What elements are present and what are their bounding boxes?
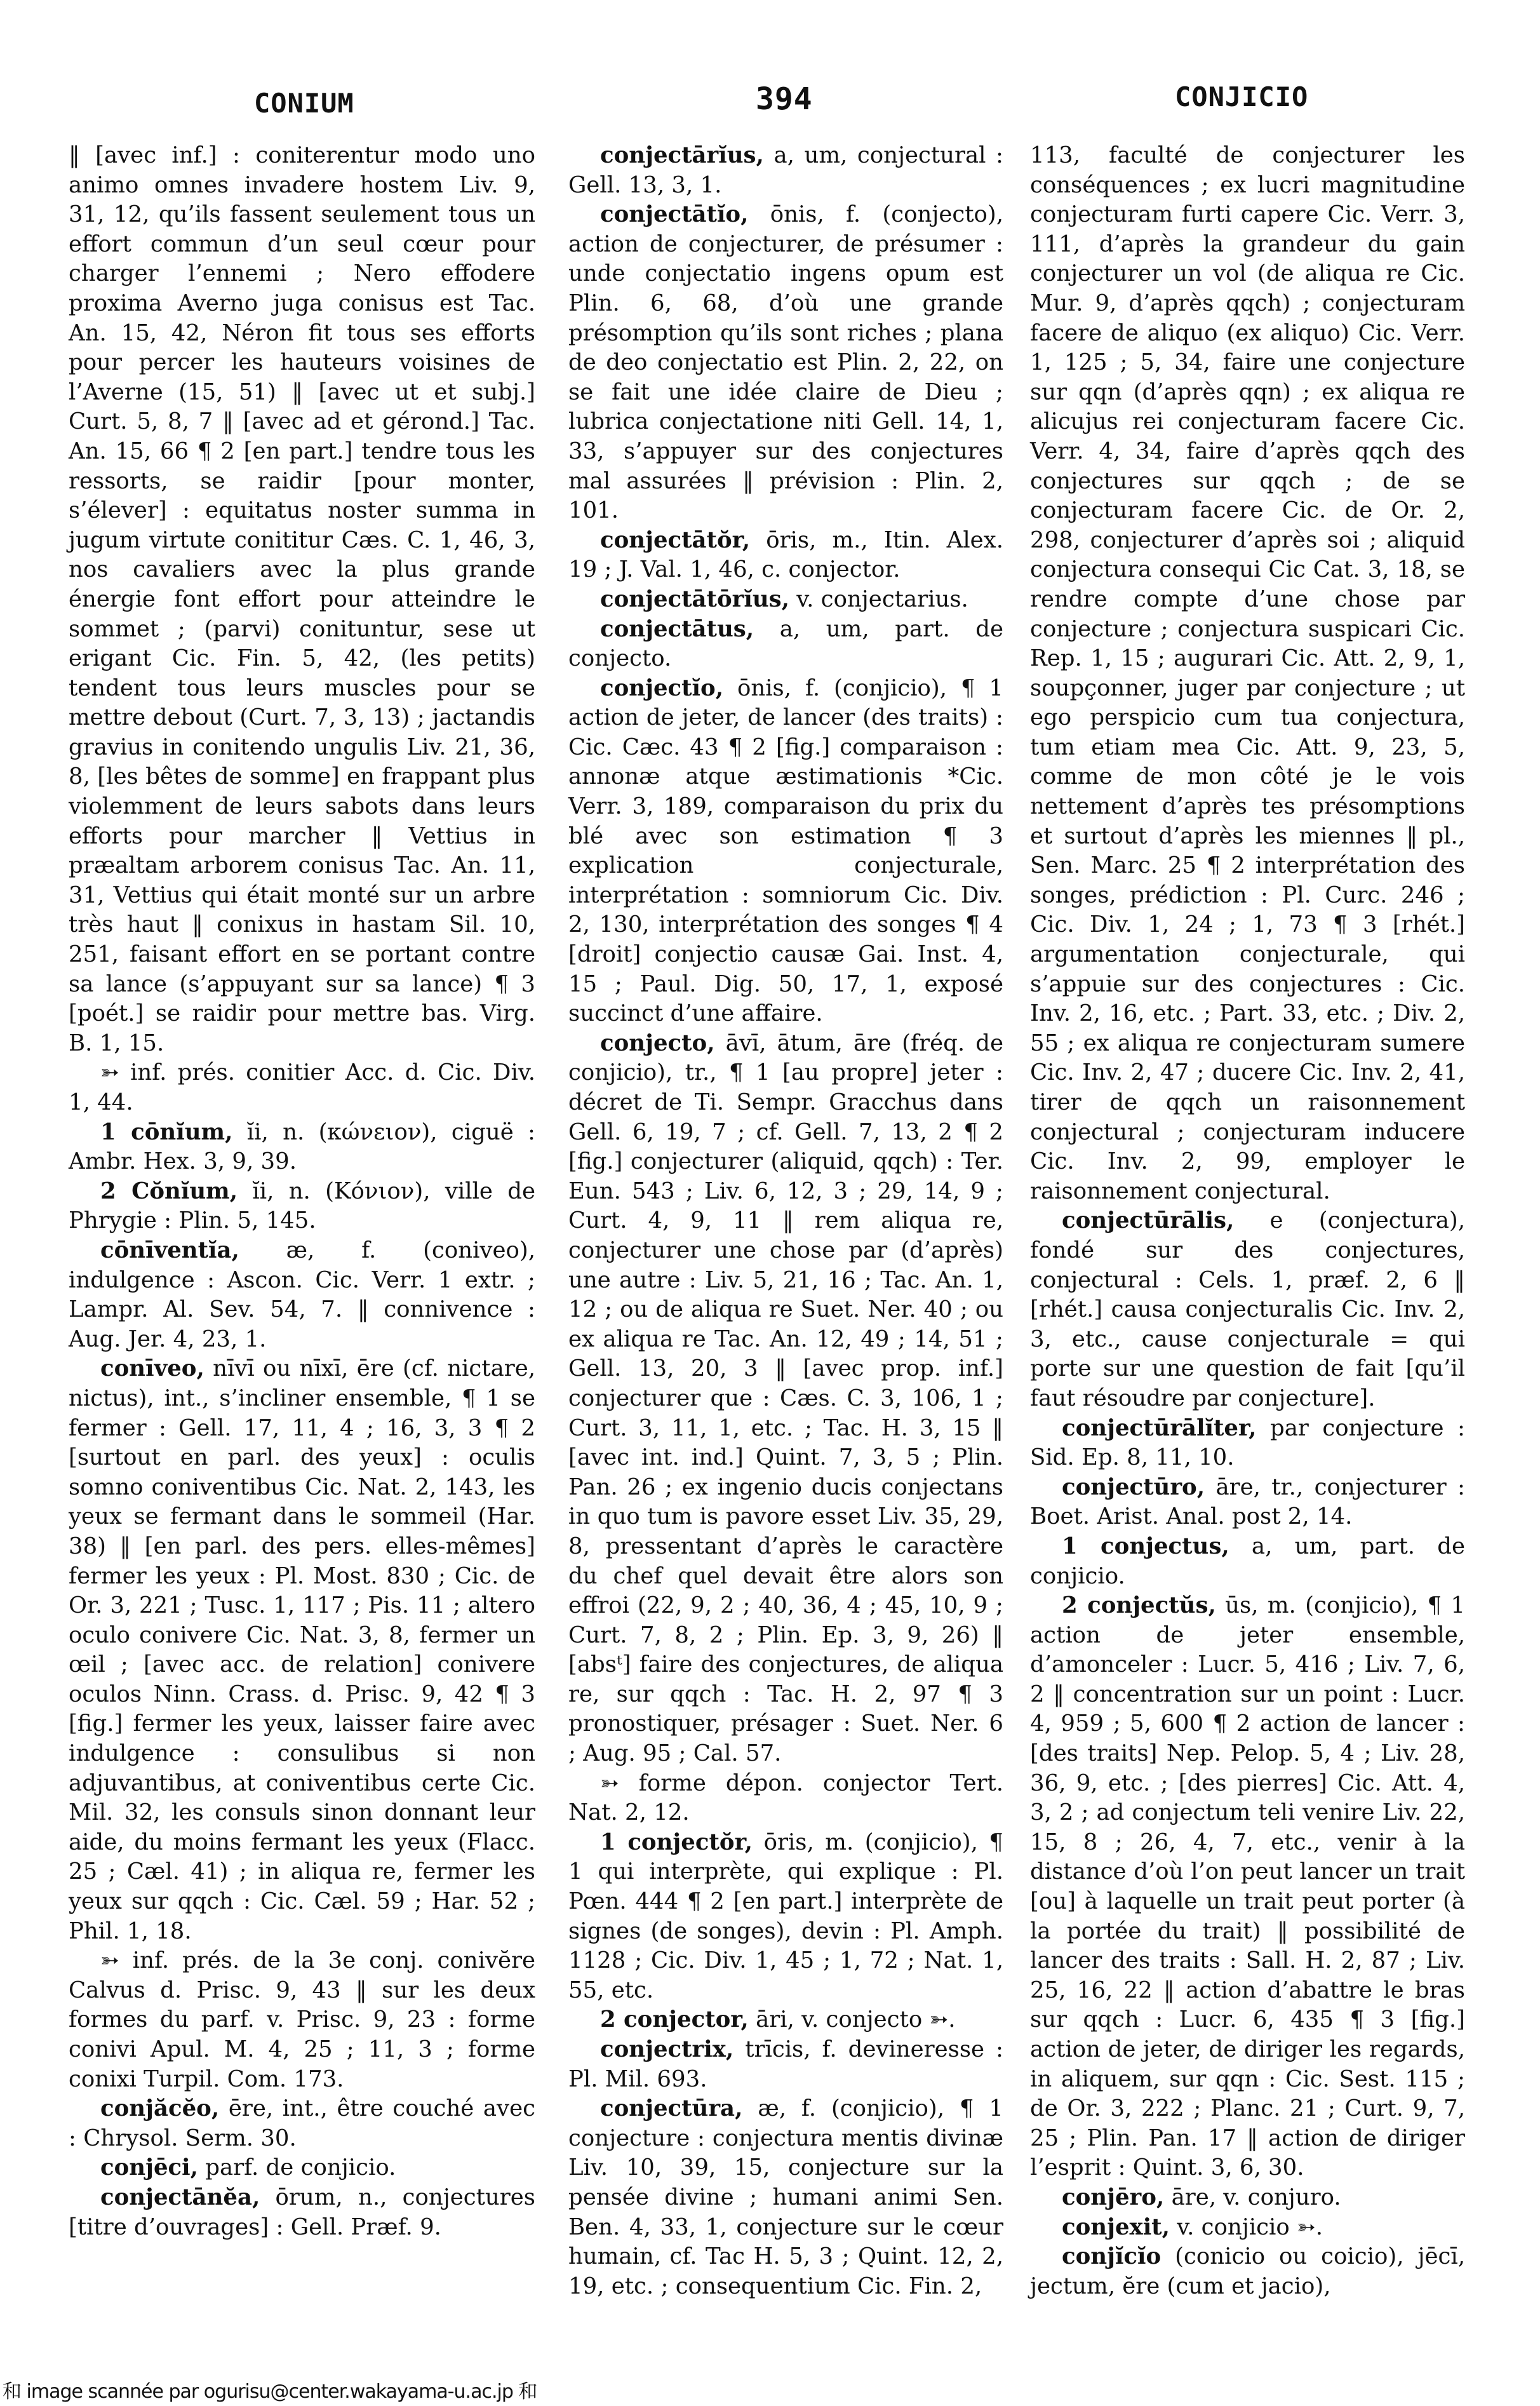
- dictionary-entry: conjectārĭus, a, um, conjectural : Gell.…: [568, 141, 1003, 200]
- headword: conjēci,: [100, 2154, 198, 2181]
- headword: conjēro,: [1062, 2184, 1164, 2210]
- headword: conjectrix,: [600, 2036, 733, 2062]
- entry-text: āre, v. conjuro.: [1164, 2184, 1341, 2210]
- usage-note: ➳ inf. prés. de la 3e conj. conivĕre Cal…: [69, 1946, 535, 2094]
- dictionary-entry: 2 conjectŭs, ūs, m. (conjicio), ¶ 1 acti…: [1030, 1591, 1465, 2183]
- headword: conjăcĕo,: [100, 2095, 219, 2121]
- headword: 1 conjectus,: [1062, 1533, 1229, 1559]
- dictionary-entry: conjectĭo, ōnis, f. (conjicio), ¶ 1 acti…: [568, 674, 1003, 1029]
- headword: conjectātĭo,: [600, 201, 748, 227]
- entry-text: ➳ inf. prés. de la 3e conj. conivĕre Cal…: [69, 1947, 535, 2092]
- headword: conjĭcĭo: [1062, 2243, 1161, 2269]
- headword: 2 conjector,: [600, 2006, 749, 2033]
- dictionary-entry: conjectūro, āre, tr., conjecturer : Boet…: [1030, 1473, 1465, 1532]
- dictionary-entry: conjăcĕo, ēre, int., être couché avec : …: [69, 2094, 535, 2153]
- column-3: 113, faculté de conjecturer les conséque…: [1030, 141, 1465, 2301]
- entry-text: ‖ [avec inf.] : coniterentur modo uno an…: [69, 142, 535, 1056]
- headword: 1 conjectŏr,: [600, 1829, 753, 1855]
- dictionary-entry: conjectūrālĭter, par conjecture : Sid. E…: [1030, 1414, 1465, 1473]
- dictionary-entry: cōnīventĭa, æ, f. (coniveo), indulgence …: [69, 1236, 535, 1354]
- dictionary-entry: conjectātŏr, ōris, m., Itin. Alex. 19 ; …: [568, 526, 1003, 585]
- entry-text: ➳ forme dépon. conjector Tert. Nat. 2, 1…: [568, 1770, 1003, 1826]
- headword: conīveo,: [100, 1355, 204, 1381]
- entry-text: āvī, ātum, āre (fréq. de conjicio), tr.,…: [568, 1030, 1003, 1766]
- headword: conjectātōrĭus,: [600, 586, 789, 612]
- headword: conjectātus,: [600, 616, 754, 642]
- entry-text: 113, faculté de conjecturer les conséque…: [1030, 142, 1465, 1204]
- right-guide-word: CONJICIO: [1175, 81, 1308, 112]
- headword: 2 Cŏnĭum,: [100, 1178, 238, 1204]
- dictionary-entry: 2 conjector, āri, v. conjecto ➳.: [568, 2005, 1003, 2035]
- dictionary-entry: conjectūrālis, e (conjectura), fondé sur…: [1030, 1206, 1465, 1413]
- entry-text: v. conjicio ➳.: [1170, 2214, 1323, 2240]
- headword: conjectātŏr,: [600, 527, 750, 553]
- entry-text: ➳ inf. prés. conitier Acc. d. Cic. Div. …: [69, 1059, 535, 1115]
- dictionary-entry: conjectātĭo, ōnis, f. (conjecto), action…: [568, 200, 1003, 526]
- dictionary-entry: conīveo, nīvī ou nīxī, ēre (cf. nictare,…: [69, 1354, 535, 1946]
- page-header: CONIUM 394 CONJICIO: [0, 81, 1540, 119]
- headword: conjectārĭus,: [600, 142, 764, 168]
- dictionary-entry: conjectrix, trīcis, f. devineresse : Pl.…: [568, 2035, 1003, 2094]
- entry-continuation: ‖ [avec inf.] : coniterentur modo uno an…: [69, 141, 535, 1058]
- page-number: 394: [756, 81, 813, 117]
- headword: conjectūro,: [1062, 1474, 1205, 1500]
- headword: conjectĭo,: [600, 675, 723, 701]
- left-guide-word: CONIUM: [254, 88, 354, 119]
- column-2: conjectārĭus, a, um, conjectural : Gell.…: [568, 141, 1003, 2301]
- dictionary-entry: conjectūra, æ, f. (conjicio), ¶ 1 conjec…: [568, 2094, 1003, 2301]
- entry-text: v. conjectarius.: [789, 586, 968, 612]
- headword: conjectānĕa,: [100, 2184, 260, 2210]
- entry-text: ōnis, f. (conjicio), ¶ 1 action de jeter…: [568, 675, 1003, 1027]
- headword: conjectūra,: [600, 2095, 742, 2121]
- entry-text: parf. de conjicio.: [198, 2154, 396, 2181]
- dictionary-entry: conjectānĕa, ōrum, n., conjectures [titr…: [69, 2183, 535, 2242]
- headword: conjexit,: [1062, 2214, 1170, 2240]
- dictionary-entry: conjecto, āvī, ātum, āre (fréq. de conji…: [568, 1029, 1003, 1769]
- headword: conjectūrālĭter,: [1062, 1415, 1257, 1441]
- headword: 1 cōnĭum,: [100, 1119, 232, 1145]
- dictionary-entry: 2 Cŏnĭum, ĭi, n. (Κόνιον), ville de Phry…: [69, 1177, 535, 1236]
- entry-text: ōnis, f. (conjecto), action de conjectur…: [568, 201, 1003, 523]
- headword: conjectūrālis,: [1062, 1207, 1234, 1233]
- entry-text: e (conjectura), fondé sur des conjecture…: [1030, 1207, 1465, 1411]
- entry-continuation: 113, faculté de conjecturer les conséque…: [1030, 141, 1465, 1206]
- headword: 2 conjectŭs,: [1062, 1592, 1216, 1618]
- dictionary-entry: conjēro, āre, v. conjuro.: [1030, 2183, 1465, 2213]
- dictionary-entry: conjexit, v. conjicio ➳.: [1030, 2213, 1465, 2243]
- entry-text: æ, f. (conjicio), ¶ 1 conjecture : conje…: [568, 2095, 1003, 2299]
- dictionary-entry: 1 cōnĭum, ĭi, n. (κώνειον), ciguë : Ambr…: [69, 1118, 535, 1177]
- dictionary-entry: 1 conjectus, a, um, part. de conjicio.: [1030, 1532, 1465, 1591]
- dictionary-entry: conjēci, parf. de conjicio.: [69, 2153, 535, 2183]
- headword: cōnīventĭa,: [100, 1237, 239, 1263]
- column-1: ‖ [avec inf.] : coniterentur modo uno an…: [69, 141, 535, 2242]
- usage-note: ➳ forme dépon. conjector Tert. Nat. 2, 1…: [568, 1769, 1003, 1828]
- entry-text: āri, v. conjecto ➳.: [749, 2006, 956, 2033]
- dictionary-entry: conjĭcĭo (conicio ou coicio), jēcī, ject…: [1030, 2242, 1465, 2301]
- dictionary-entry: conjectātōrĭus, v. conjectarius.: [568, 585, 1003, 615]
- scan-credit: 和 image scannée par ogurisu@center.wakay…: [3, 2376, 537, 2403]
- entry-text: ūs, m. (conjicio), ¶ 1 action de jeter e…: [1030, 1592, 1465, 2181]
- headword: conjecto,: [600, 1030, 715, 1056]
- dictionary-entry: 1 conjectŏr, ōris, m. (conjicio), ¶ 1 qu…: [568, 1828, 1003, 2006]
- usage-note: ➳ inf. prés. conitier Acc. d. Cic. Div. …: [69, 1058, 535, 1117]
- entry-text: nīvī ou nīxī, ēre (cf. nictare, nictus),…: [69, 1355, 535, 1944]
- dictionary-entry: conjectātus, a, um, part. de conjecto.: [568, 615, 1003, 674]
